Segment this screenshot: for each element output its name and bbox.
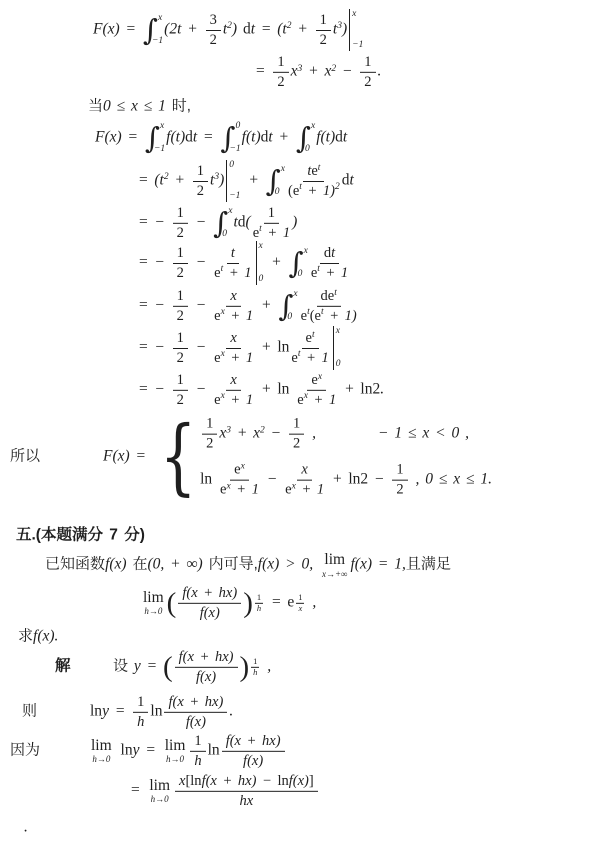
cjk-text: 已知函数 — [45, 556, 105, 573]
math-text: − — [261, 471, 283, 488]
bar-upper-bound: 0 — [229, 160, 240, 171]
label-solution: 解 — [55, 658, 71, 677]
math-roman-text: e — [306, 330, 312, 346]
math-text: f(x) — [196, 669, 216, 685]
fraction-numerator: 1 — [264, 205, 279, 224]
math-text: ) — [219, 172, 224, 189]
fraction-denominator: hx — [240, 792, 254, 810]
limit-subscript: h→0 — [144, 607, 162, 616]
math-roman-text: 1 — [177, 205, 184, 221]
math-text: + 1 — [225, 350, 253, 366]
equation-step-4: = − 12 − xex + 1 + ∫x0detet(et + 1) — [138, 288, 359, 324]
math-text: (0, + ∞) — [147, 556, 208, 573]
math-roman-text: d — [238, 214, 246, 231]
superscript: 2 — [331, 63, 336, 73]
math-fraction: 1h — [190, 733, 205, 769]
fraction-numerator: f(x + hx) — [175, 649, 238, 668]
superscript: t — [317, 264, 320, 274]
limit-subscript: h→0 — [151, 795, 169, 804]
integral-lower-bound: 0 — [275, 187, 280, 198]
fraction-numerator: 1 — [173, 330, 188, 349]
math-text: , — [306, 594, 316, 611]
fraction-denominator: ex + 1 — [214, 307, 253, 325]
math-text: f(x + hx) — [168, 694, 223, 710]
math-text: = − — [138, 254, 171, 271]
fraction-numerator: t — [227, 245, 239, 264]
math-roman-text: 2 — [320, 32, 327, 48]
cjk-text: 因为 — [10, 742, 40, 759]
math-fraction: 1et + 1 — [253, 205, 290, 241]
math-text: − — [336, 63, 358, 80]
math-roman-text: e — [214, 308, 220, 324]
fraction-numerator: 1 — [173, 205, 188, 224]
big-paren: ( — [167, 591, 177, 616]
math-roman-text: 2 — [293, 435, 300, 451]
equation-F-piecewise: F(x) = {12x3 + x2 − 12 ,− 1 ≤ x < 0 ,ln … — [103, 416, 492, 499]
limit-operator: limh→0 — [165, 738, 186, 765]
fraction-numerator: 1 — [193, 163, 208, 182]
fraction-denominator: ex + 1 — [214, 391, 253, 409]
math-text: f(x) — [243, 753, 263, 769]
math-text: (2t + — [164, 21, 203, 38]
fraction-numerator: f(x + hx) — [164, 694, 227, 713]
fraction-numerator: ex — [230, 462, 249, 481]
fraction-numerator: 1 — [190, 733, 205, 752]
bar-lower-bound: 0 — [336, 359, 341, 370]
math-fraction: 12 — [289, 416, 304, 452]
math-fraction: f(x + hx)f(x) — [222, 733, 285, 769]
math-text: = − — [138, 381, 171, 398]
fraction-numerator: 1 — [316, 12, 331, 31]
evaluation-bar-line — [333, 326, 334, 370]
cjk-text: 内可导, — [209, 556, 258, 573]
equation-step-2: = − 12 − ∫x0td(1et + 1) — [138, 205, 297, 241]
math-text: f(x) — [105, 556, 132, 573]
fraction-numerator: 1 — [202, 416, 217, 435]
math-text: = — [130, 782, 146, 799]
superscript: 3 — [337, 21, 342, 31]
text-case-condition: 当0 ≤ x ≤ 1 时, — [88, 98, 191, 117]
integral-bounds: x−1 — [160, 120, 165, 156]
fraction-numerator: 3 — [206, 12, 221, 31]
integral-lower-bound: −1 — [230, 144, 241, 155]
big-paren: ( — [163, 655, 173, 680]
math-text: = − — [138, 214, 171, 231]
integral-lower-bound: 0 — [222, 229, 227, 240]
fraction-numerator: 1 — [273, 54, 288, 73]
integral-bounds: x0 — [293, 288, 297, 324]
math-text: + — [265, 254, 287, 271]
superscript: t — [318, 163, 321, 173]
math-integral: ∫x0 — [278, 288, 297, 324]
math-text: t = (t — [251, 21, 287, 38]
math-roman-text: 2 — [177, 350, 184, 366]
equation-lny: lny = 1hlnf(x + hx)f(x). — [90, 694, 233, 730]
math-text: + 1 — [300, 350, 328, 366]
math-text: f(x + hx) — [179, 649, 234, 665]
integral-lower-bound: −1 — [154, 144, 165, 155]
evaluation-bar-line — [226, 160, 227, 202]
fraction-denominator: f(x) — [200, 604, 220, 622]
cjk-text: 所以 — [10, 448, 40, 465]
superscript: x — [241, 462, 245, 472]
fraction-denominator: ex + 1 — [297, 391, 336, 409]
math-roman-text: e — [311, 372, 317, 388]
integral-lower-bound: 0 — [305, 144, 310, 155]
fraction-denominator: et + 1 — [214, 264, 251, 282]
math-text: + — [169, 172, 191, 189]
stray-period-mark: . — [24, 819, 28, 838]
limit-operator: limx→+∞ — [322, 552, 347, 579]
equation-F-split: F(x) = ∫x−1f(t)dt = ∫0−1f(t)dt + ∫x0f(t)… — [95, 120, 347, 156]
superscript: x — [318, 372, 322, 382]
fraction-numerator: det — [317, 288, 341, 307]
math-fraction: 32 — [206, 12, 221, 48]
fraction-numerator: 1 — [360, 54, 375, 73]
limit-operator: limh→0 — [91, 738, 112, 765]
piecewise-cases: {12x3 + x2 − 12 ,− 1 ≤ x < 0 ,ln exex + … — [152, 416, 492, 499]
fraction-numerator: f(x + hx) — [178, 585, 241, 604]
paragraph-problem-statement: 已知函数f(x) 在(0, + ∞) 内可导,f(x) > 0, limx→+∞… — [45, 552, 451, 579]
bold-text: 解 — [55, 658, 71, 675]
math-text: − — [190, 339, 212, 356]
fraction-denominator: 2 — [177, 307, 184, 325]
text-find-fx: 求f(x). — [18, 628, 58, 647]
fraction-denominator: h — [194, 752, 201, 770]
integral-upper-bound: x — [311, 121, 315, 132]
bar-upper-bound: x — [352, 9, 363, 20]
math-text: + — [326, 471, 348, 488]
math-fraction: detet(et + 1) — [301, 288, 357, 324]
fraction-denominator: f(x) — [243, 752, 263, 770]
math-text: t — [331, 245, 335, 261]
math-roman-text: 1 — [197, 163, 204, 179]
math-text: x — [230, 330, 236, 346]
fraction-numerator: x — [297, 462, 311, 481]
math-text: + 1 — [308, 392, 336, 408]
superscript: x — [221, 349, 225, 359]
superscript: x — [226, 481, 230, 491]
cases-rows: 12x3 + x2 − 12 ,− 1 ≤ x < 0 ,ln exex + 1… — [200, 416, 492, 499]
math-text: f(x) > 0, — [258, 556, 319, 573]
math-text: t — [350, 172, 354, 189]
math-text: = (t — [138, 172, 164, 189]
integral-lower-bound: −1 — [152, 36, 163, 47]
math-roman-text: ln — [277, 773, 288, 789]
math-roman-text: ln — [115, 742, 133, 759]
math-text: − — [190, 297, 212, 314]
fraction-denominator: 2 — [177, 391, 184, 409]
math-text: + 1 — [320, 265, 348, 281]
integral-upper-bound: x — [228, 206, 232, 217]
math-roman-text: e — [311, 163, 317, 179]
math-fraction: 1h — [133, 694, 148, 730]
limit-operator: limh→0 — [149, 778, 170, 805]
math-roman-text: 1 — [396, 462, 403, 478]
math-text: t + — [268, 129, 295, 146]
math-text: f(t) — [316, 129, 335, 146]
equation-setup-y: 设 y = (f(x + hx)f(x))1h , — [113, 649, 271, 685]
exponent-denominator: h — [253, 668, 257, 678]
math-fraction: xex + 1 — [214, 372, 253, 408]
evaluation-bar: 0−1 — [226, 160, 240, 202]
section-heading-problem5: 五.(本题满分 7 分) — [16, 527, 145, 546]
math-text: t = — [193, 129, 220, 146]
label-therefore: 所以 — [10, 448, 40, 467]
exponent-denominator: x — [298, 604, 302, 614]
cjk-text: 当 — [88, 98, 103, 115]
math-text: y = — [102, 703, 131, 720]
big-paren: ) — [240, 655, 250, 680]
evaluation-bar-bounds: x−1 — [352, 9, 363, 51]
evaluation-bar-bounds: 0−1 — [229, 160, 240, 202]
superscript: 3 — [226, 425, 231, 435]
math-roman-text: d — [243, 21, 251, 38]
math-text: f(t) — [242, 129, 261, 146]
math-text: + 1) — [302, 183, 335, 199]
math-fraction: dtet + 1 — [311, 245, 348, 281]
integral-bounds: x0 — [304, 245, 308, 281]
math-text: , 0 ≤ x ≤ 1. — [410, 471, 492, 488]
fraction-denominator: f(x) — [196, 668, 216, 686]
math-fraction: 12 — [173, 330, 188, 366]
math-text: − — [190, 254, 212, 271]
limit-subscript: h→0 — [92, 755, 110, 764]
math-roman-text: de — [321, 288, 335, 304]
fraction-denominator: 2 — [177, 349, 184, 367]
math-roman-text: 2 — [177, 392, 184, 408]
math-text: + 1 — [262, 225, 290, 241]
math-text: + 1 — [223, 265, 251, 281]
fraction-denominator: ex + 1 — [220, 481, 259, 499]
math-roman-text: 1 — [194, 733, 201, 749]
math-roman-text: 2 — [177, 308, 184, 324]
math-roman-text: ln — [277, 381, 295, 398]
math-text: f(x) — [186, 714, 206, 730]
cases-row: ln exex + 1 − xex + 1 + ln2 − 12 , 0 ≤ x… — [200, 462, 492, 498]
math-roman-text: ln2 — [348, 471, 368, 488]
superscript: 2 — [335, 182, 340, 192]
math-roman-text: d — [335, 129, 343, 146]
math-text: + 1) — [324, 308, 357, 324]
math-roman-text: 1 — [177, 330, 184, 346]
evaluation-bar-line — [256, 241, 257, 285]
math-fraction: tet + 1 — [214, 245, 251, 281]
math-fraction: f(x + hx)f(x) — [178, 585, 241, 621]
math-text: ) — [292, 214, 297, 231]
math-roman-text: (e — [310, 308, 321, 324]
integral-upper-bound: x — [281, 164, 285, 175]
fraction-numerator: x[lnf(x + hx) − lnf(x)] — [175, 773, 318, 792]
fraction-numerator: x — [226, 288, 240, 307]
cjk-text: 求 — [18, 628, 33, 645]
integral-upper-bound: x — [160, 121, 164, 132]
math-roman-text: e — [214, 265, 220, 281]
math-text: f(t) — [166, 129, 185, 146]
math-text: = — [255, 63, 271, 80]
limit-word: lim — [91, 738, 112, 754]
superscript: x — [221, 391, 225, 401]
math-text: − — [368, 471, 390, 488]
math-fraction: 12 — [173, 288, 188, 324]
math-fraction: x[lnf(x + hx) − lnf(x)]hx — [175, 773, 318, 809]
math-text: + — [242, 172, 264, 189]
math-text: . — [229, 703, 233, 720]
math-fraction: 12 — [173, 205, 188, 241]
math-roman-text: ln — [90, 703, 102, 720]
math-fraction: f(x + hx)f(x) — [175, 649, 238, 685]
math-text: = − — [138, 339, 171, 356]
equation-step-3: = − 12 − tet + 1x0 + ∫x0dtet + 1 — [138, 241, 350, 285]
math-text: − — [190, 214, 212, 231]
integral-lower-bound: 0 — [298, 269, 303, 280]
evaluation-bar: x0 — [256, 241, 264, 285]
math-fraction: exex + 1 — [297, 372, 336, 408]
cjk-text: 则 — [22, 703, 37, 720]
math-text: f(x + hx) − — [202, 773, 278, 789]
math-text: . — [24, 819, 28, 836]
math-text: f(x) — [200, 605, 220, 621]
superscript: t — [321, 307, 324, 317]
math-text: + 1 — [225, 392, 253, 408]
superscript: 2 — [260, 425, 265, 435]
math-fraction: 12 — [392, 462, 407, 498]
label-then: 则 — [22, 703, 37, 722]
limit-subscript: h→0 — [166, 755, 184, 764]
math-text: = — [265, 594, 287, 611]
math-text: x — [230, 372, 236, 388]
math-roman-text: 1 — [177, 245, 184, 261]
math-fraction: 12 — [173, 245, 188, 281]
math-roman-text: e — [297, 392, 303, 408]
equation-step-1: = (t2 + 12t3)0−1 + ∫x0tet(et + 1)2dt — [138, 160, 354, 202]
math-integral: ∫x−1 — [143, 12, 163, 48]
math-text: − — [265, 424, 287, 441]
math-text: + x — [231, 424, 260, 441]
math-roman-text: e — [214, 392, 220, 408]
equation-lim-step2: = limh→0x[lnf(x + hx) − lnf(x)]hx — [130, 773, 320, 809]
evaluation-bar-bounds: x0 — [336, 326, 341, 370]
math-integral: ∫x−1 — [145, 120, 165, 156]
math-text: h — [194, 753, 201, 769]
math-text: 0 ≤ x ≤ 1 — [103, 98, 172, 115]
math-roman-text: e — [214, 350, 220, 366]
math-text: = − — [138, 297, 171, 314]
math-roman-text: 1 — [137, 694, 144, 710]
fraction-denominator: f(x) — [186, 713, 206, 731]
superscript: t — [307, 307, 310, 317]
math-fraction: xex + 1 — [214, 330, 253, 366]
math-text: ) — [232, 21, 243, 38]
math-roman-text: e — [287, 594, 294, 611]
math-text: hx — [240, 793, 254, 809]
math-roman-text: 2 — [177, 225, 184, 241]
bar-lower-bound: −1 — [352, 40, 363, 51]
math-fraction: 12 — [316, 12, 331, 48]
bar-lower-bound: 0 — [259, 274, 264, 285]
math-fraction: 12 — [193, 163, 208, 199]
math-text: . — [380, 381, 384, 398]
math-text: + — [338, 381, 360, 398]
integral-bounds: x0 — [281, 163, 285, 199]
math-integral: ∫0−1 — [220, 120, 240, 156]
math-roman-text: 2 — [206, 435, 213, 451]
math-fraction: f(x + hx)f(x) — [164, 694, 227, 730]
superscript: 2 — [287, 21, 292, 31]
label-because: 因为 — [10, 742, 40, 761]
math-integral: ∫x0 — [266, 163, 285, 199]
superscript: t — [312, 330, 315, 340]
fraction-denominator: et + 1 — [311, 264, 348, 282]
math-fraction: 12 — [202, 416, 217, 452]
math-roman-text: e — [291, 350, 297, 366]
integral-upper-bound: x — [158, 13, 162, 24]
fraction-numerator: dt — [320, 245, 339, 264]
math-roman-text: d — [342, 172, 350, 189]
math-integral: ∫x0 — [296, 120, 315, 156]
cases-brace-icon: { — [160, 424, 197, 490]
fraction-denominator: 2 — [210, 31, 217, 49]
math-roman-text: 1 — [293, 416, 300, 432]
fraction-denominator: 2 — [320, 31, 327, 49]
math-fraction: 12 — [273, 54, 288, 90]
math-text: x — [301, 462, 307, 478]
math-text: , — [261, 658, 271, 675]
math-roman-text: 1 — [177, 288, 184, 304]
math-text: + 1 — [231, 482, 259, 498]
integral-bounds: x−1 — [158, 12, 163, 48]
math-text: f(x). — [33, 628, 58, 645]
fraction-denominator: 2 — [206, 434, 213, 452]
fraction-numerator: ex — [307, 372, 326, 391]
integral-bounds: x0 — [311, 120, 315, 156]
limit-word: lim — [165, 738, 186, 754]
math-text: y = — [133, 742, 162, 759]
math-text: F(x) = — [93, 21, 142, 38]
exponent-fraction: 1h — [251, 657, 259, 678]
fraction-numerator: tet — [303, 163, 324, 182]
math-text: + 1 — [296, 482, 324, 498]
math-text: y = — [128, 658, 163, 675]
cjk-text: 在 — [132, 556, 147, 573]
math-text: , — [306, 424, 316, 441]
evaluation-bar-line — [349, 9, 350, 51]
integral-bounds: 0−1 — [236, 120, 241, 156]
math-roman-text: 1 — [320, 12, 327, 28]
math-text: f(x + hx) — [226, 733, 281, 749]
fraction-denominator: 2 — [277, 73, 284, 91]
math-roman-text: 2 — [364, 74, 371, 90]
fraction-numerator: et — [302, 330, 319, 349]
math-integral: ∫x0 — [288, 245, 307, 281]
math-roman-text: 1 — [206, 416, 213, 432]
fraction-denominator: et(et + 1) — [301, 307, 357, 325]
math-text: . — [378, 63, 382, 80]
math-roman-text: d — [185, 129, 193, 146]
bold-text: 五.(本题满分 7 分) — [16, 527, 145, 544]
math-roman-text: [ln — [185, 773, 201, 789]
fraction-numerator: x — [226, 372, 240, 391]
superscript: t — [299, 182, 302, 192]
math-roman-text: (e — [288, 183, 299, 199]
cjk-text: 设 — [113, 658, 128, 675]
fraction-denominator: (et + 1)2 — [288, 182, 340, 200]
math-roman-text: ln — [150, 703, 162, 720]
math-text: + x — [302, 63, 331, 80]
equation-step-5: = − 12 − xex + 1 + lnetet + 1x0 — [138, 326, 343, 370]
math-text: f(x + hx) — [182, 585, 237, 601]
math-roman-text: 2 — [210, 32, 217, 48]
